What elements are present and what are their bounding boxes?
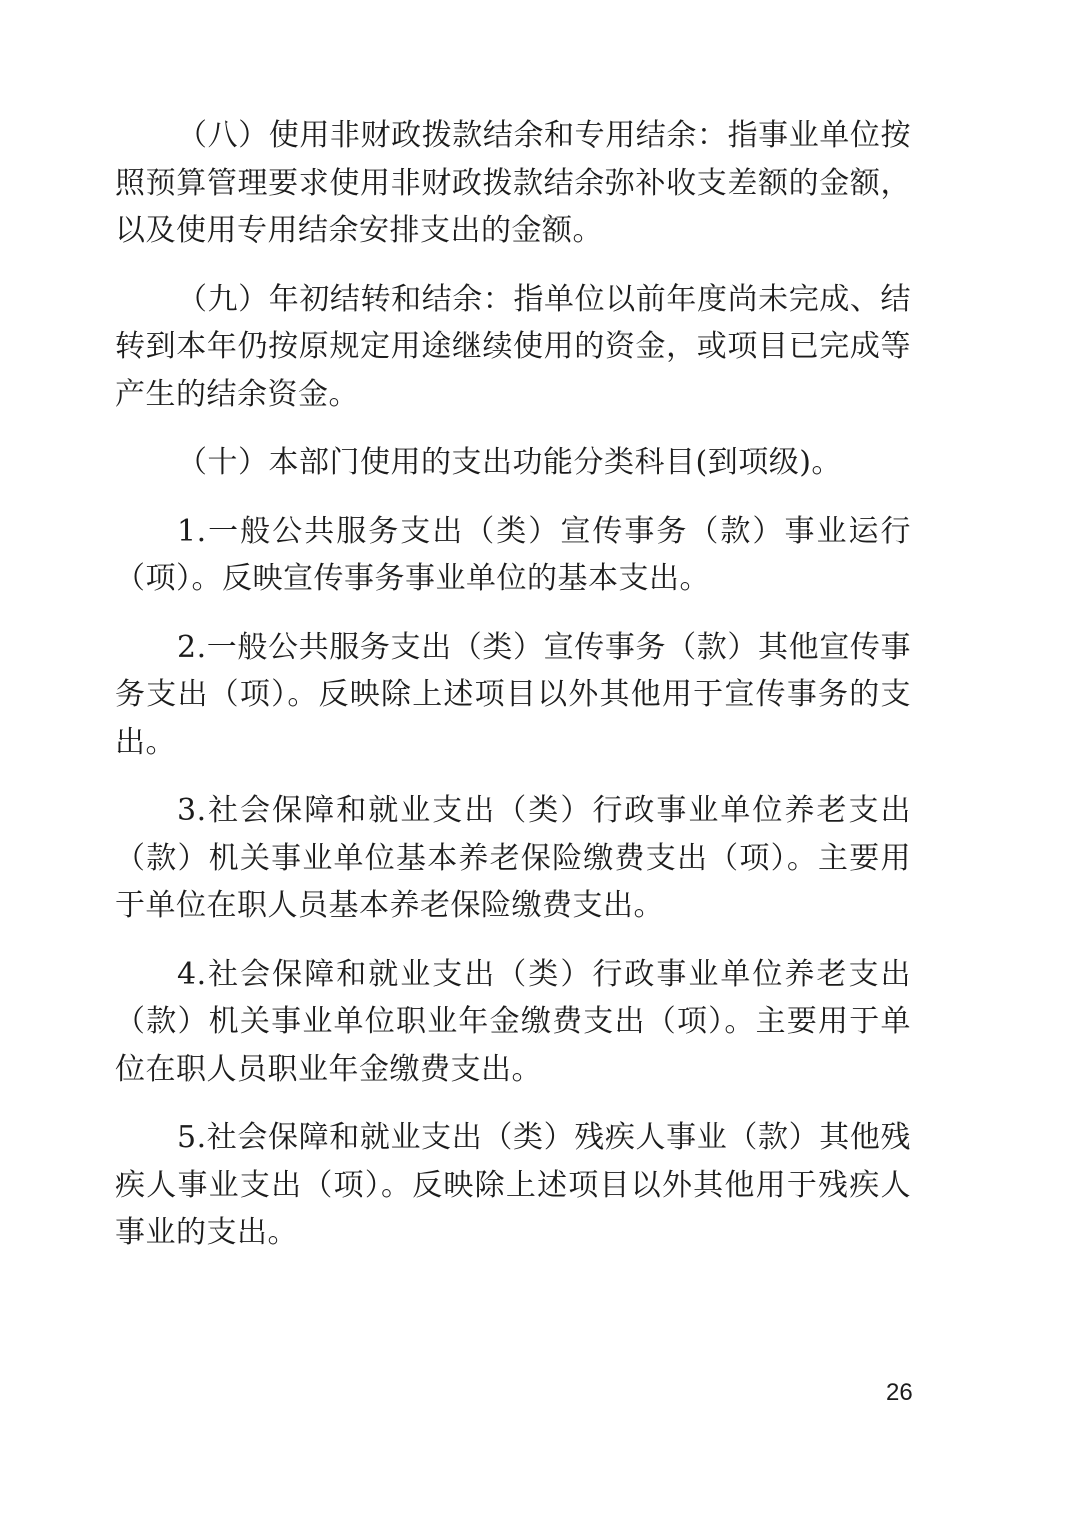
document-body: （八）使用非财政拨款结余和专用结余：指事业单位按照预算管理要求使用非财政拨款结余…: [115, 112, 911, 1257]
list-item-1: 1.一般公共服务支出（类）宣传事务（款）事业运行（项）。反映宣传事务事业单位的基…: [115, 508, 911, 603]
paragraph-10-heading: （十）本部门使用的支出功能分类科目(到项级)。: [115, 439, 911, 487]
paragraph-9-definition: （九）年初结转和结余：指单位以前年度尚未完成、结转到本年仍按原规定用途继续使用的…: [115, 276, 911, 419]
list-item-3: 3.社会保障和就业支出（类）行政事业单位养老支出（款）机关事业单位基本养老保险缴…: [115, 787, 911, 930]
list-item-5: 5.社会保障和就业支出（类）残疾人事业（款）其他残疾人事业支出（项）。反映除上述…: [115, 1114, 911, 1257]
list-item-2: 2.一般公共服务支出（类）宣传事务（款）其他宣传事务支出（项）。反映除上述项目以…: [115, 624, 911, 767]
document-page: （八）使用非财政拨款结余和专用结余：指事业单位按照预算管理要求使用非财政拨款结余…: [0, 0, 1069, 1514]
list-item-4: 4.社会保障和就业支出（类）行政事业单位养老支出（款）机关事业单位职业年金缴费支…: [115, 951, 911, 1094]
page-number: 26: [886, 1378, 913, 1408]
paragraph-8-definition: （八）使用非财政拨款结余和专用结余：指事业单位按照预算管理要求使用非财政拨款结余…: [115, 112, 911, 255]
